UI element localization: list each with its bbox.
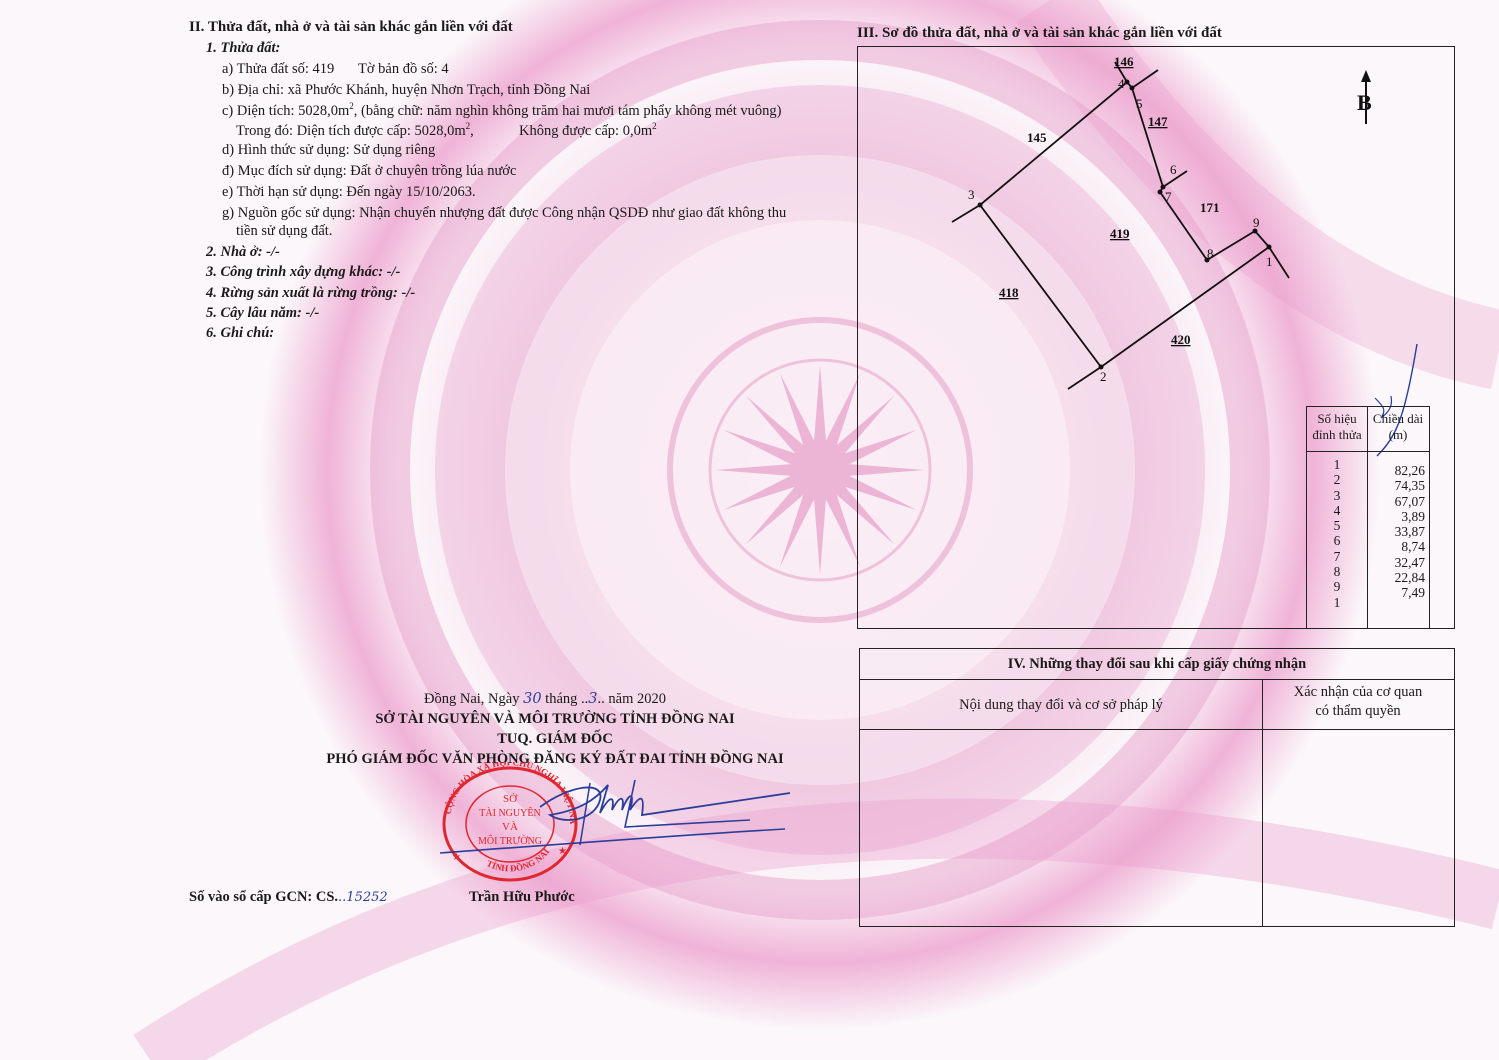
- notes-item: 6. Ghi chú:: [206, 324, 274, 342]
- vertex-id: 6: [1307, 533, 1367, 548]
- edge-length: 22,84: [1367, 570, 1425, 585]
- section2-title: II. Thửa đất, nhà ở và tài sản khác gắn …: [189, 18, 513, 36]
- vertex-label: 7: [1165, 189, 1172, 204]
- vertex-id: 8: [1307, 564, 1367, 579]
- other-construction-item: 3. Công trình xây dựng khác: -/-: [206, 263, 400, 281]
- vertex-id: 1: [1307, 595, 1367, 610]
- vertex-id: 4: [1307, 503, 1367, 518]
- vertex-length-table: Số hiệuđỉnh thửa Chiều dài(m) 1234567891…: [1306, 406, 1430, 628]
- north-arrow-icon: B: [1357, 70, 1372, 124]
- vertex-label: 3: [968, 187, 975, 202]
- on-behalf-of: TUQ. GIÁM ĐỐC: [497, 730, 613, 748]
- changes-table: IV. Những thay đổi sau khi cấp giấy chứn…: [859, 648, 1455, 927]
- map-sheet-number: Tờ bản đồ số: 4: [358, 60, 449, 78]
- edge-length: 32,47: [1367, 555, 1425, 570]
- house-item: 2. Nhà ở: -/-: [206, 243, 280, 261]
- usage-term: e) Thời hạn sử dụng: Đến ngày 15/10/2063…: [222, 183, 476, 201]
- parcel-address: b) Địa chỉ: xã Phước Khánh, huyện Nhơn T…: [222, 81, 590, 99]
- edge-length: 82,26: [1367, 463, 1425, 478]
- svg-text:B: B: [1357, 90, 1372, 115]
- perennial-trees-item: 5. Cây lâu năm: -/-: [206, 304, 319, 322]
- parcel-label-420: 420: [1171, 332, 1191, 347]
- parcel-label-171: 171: [1200, 200, 1220, 215]
- parcel-label-418: 418: [999, 285, 1019, 300]
- issue-date: Đồng Nai, Ngày 30 tháng ..3.. năm 2020: [424, 690, 666, 708]
- edge-length: 7,49: [1367, 585, 1425, 600]
- usage-purpose: đ) Mục đích sử dụng: Đất ở chuyên trồng …: [222, 162, 516, 180]
- parcel-number: a) Thửa đất số: 419: [222, 60, 334, 78]
- production-forest-item: 4. Rừng sản xuất là rừng trồng: -/-: [206, 284, 415, 302]
- area-not-granted: Không được cấp: 0,0m2: [519, 122, 657, 140]
- section4-title: IV. Những thay đổi sau khi cấp giấy chứn…: [860, 649, 1454, 680]
- parcel-area: c) Diện tích: 5028,0m2, (bằng chữ: năm n…: [222, 102, 781, 120]
- parcel-label-146: 146: [1114, 54, 1134, 69]
- edge-length: 33,87: [1367, 524, 1425, 539]
- vertex-label: 5: [1136, 96, 1143, 111]
- vertex-id: 7: [1307, 549, 1367, 564]
- section3-title: III. Sơ đồ thửa đất, nhà ở và tài sản kh…: [857, 24, 1222, 42]
- usage-origin-line2: tiền sử dụng đất.: [236, 222, 332, 240]
- parcel-label-147: 147: [1148, 114, 1168, 129]
- usage-form: d) Hình thức sử dụng: Sử dụng riêng: [222, 141, 435, 159]
- header-vertex: Số hiệuđỉnh thửa: [1307, 411, 1367, 443]
- usage-origin-line1: g) Nguồn gốc sử dụng: Nhận chuyển nhượng…: [222, 204, 786, 222]
- area-granted: Trong đó: Diện tích được cấp: 5028,0m2,: [236, 122, 474, 140]
- vertex-id: 5: [1307, 518, 1367, 533]
- vertex-id: 3: [1307, 488, 1367, 503]
- vertex-id: 9: [1307, 579, 1367, 594]
- edge-length: 74,35: [1367, 478, 1425, 493]
- header-authority-confirmation: Xác nhận của cơ quancó thẩm quyền: [1262, 683, 1454, 721]
- vertex-label: 1: [1266, 254, 1273, 269]
- edge-length: 8,74: [1367, 539, 1425, 554]
- handwritten-signature: [430, 765, 790, 865]
- signer-name: Trần Hữu Phước: [469, 888, 575, 906]
- edge-length-column: 82,2674,3567,073,8933,878,7432,4722,847,…: [1367, 463, 1425, 601]
- vertex-label: 4: [1118, 76, 1125, 91]
- vertex-label: 6: [1170, 162, 1177, 177]
- parcel-label-main: 419: [1110, 226, 1130, 241]
- vertex-id-column: 1234567891: [1307, 457, 1367, 610]
- vertex-id: 1: [1307, 457, 1367, 472]
- parcel-label-145: 145: [1027, 130, 1047, 145]
- vertex-label: 8: [1207, 246, 1214, 261]
- header-length: Chiều dài(m): [1367, 411, 1429, 443]
- land-heading: 1. Thửa đất:: [206, 39, 280, 57]
- header-change-content: Nội dung thay đổi và cơ sở pháp lý: [860, 681, 1262, 729]
- vertex-id: 2: [1307, 472, 1367, 487]
- registry-number: Số vào sổ cấp GCN: CS...15252: [189, 888, 388, 907]
- vertex-label: 2: [1100, 369, 1107, 384]
- edge-length: 3,89: [1367, 509, 1425, 524]
- vertex-label: 9: [1253, 215, 1260, 230]
- issuing-agency: SỞ TÀI NGUYÊN VÀ MÔI TRƯỜNG TỈNH ĐỒNG NA…: [375, 710, 734, 728]
- edge-length: 67,07: [1367, 494, 1425, 509]
